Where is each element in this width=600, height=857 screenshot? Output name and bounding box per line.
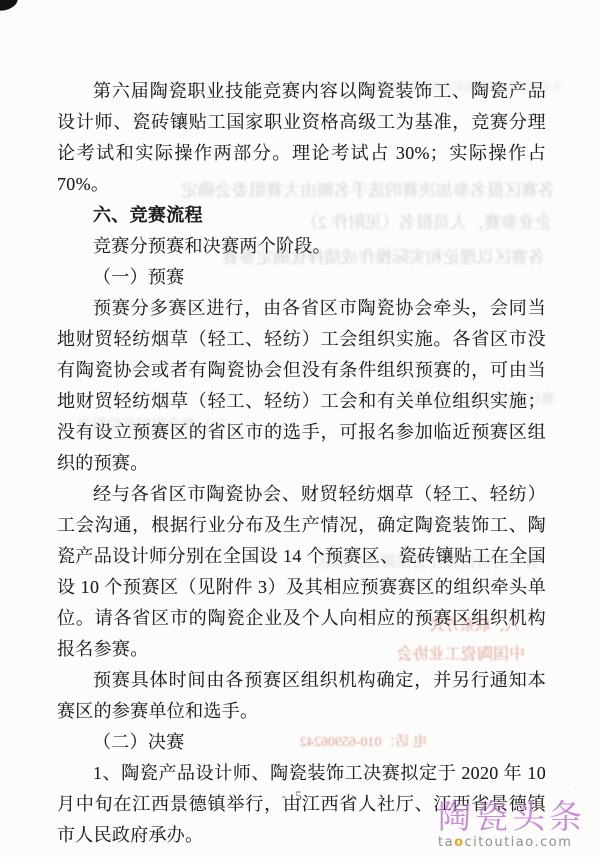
subheading-final: （二）决赛 xyxy=(57,727,546,758)
taocitoutiao-logo: 陶瓷头条 xyxy=(438,800,586,833)
paragraph-competition-content: 第六届陶瓷职业技能竞赛内容以陶瓷装饰工、陶瓷产品设计师、瓷砖镶贴工国家职业资格高… xyxy=(57,76,546,200)
url-suffix: citoutiao.com xyxy=(465,835,573,850)
subheading-preliminary: （一）预赛 xyxy=(57,262,546,293)
watermark: 陶瓷头条 taocitoutiao.com xyxy=(438,800,586,849)
paragraph-preliminary-organization: 预赛分多赛区进行，由各省区市陶瓷协会牵头，会同当地财贸轻纺烟草（轻工、轻纺）工会… xyxy=(57,293,546,479)
scan-corner-artifact xyxy=(0,0,20,14)
paragraph-preliminary-zones: 经与各省区市陶瓷协会、财贸轻纺烟草（轻工、轻纺）工会沟通，根据行业分布及生产情况… xyxy=(57,479,546,665)
url-accent-letter: o xyxy=(454,835,464,850)
section-heading-competition-process: 六、竞赛流程 xyxy=(57,200,546,231)
taocitoutiao-url: taocitoutiao.com xyxy=(438,836,586,849)
paragraph-two-stages: 竞赛分预赛和决赛两个阶段。 xyxy=(57,231,546,262)
scanned-document-page: 关于举办第六届陶瓷职业技能竞赛的通知 各赛区报名参加决赛的选手名额由大赛组委会确… xyxy=(0,0,600,857)
document-body: 第六届陶瓷职业技能竞赛内容以陶瓷装饰工、陶瓷产品设计师、瓷砖镶贴工国家职业资格高… xyxy=(57,76,546,851)
paragraph-preliminary-schedule: 预赛具体时间由各预赛区组织机构确定，并另行通知本赛区的参赛单位和选手。 xyxy=(57,665,546,727)
url-prefix: ta xyxy=(438,835,454,850)
